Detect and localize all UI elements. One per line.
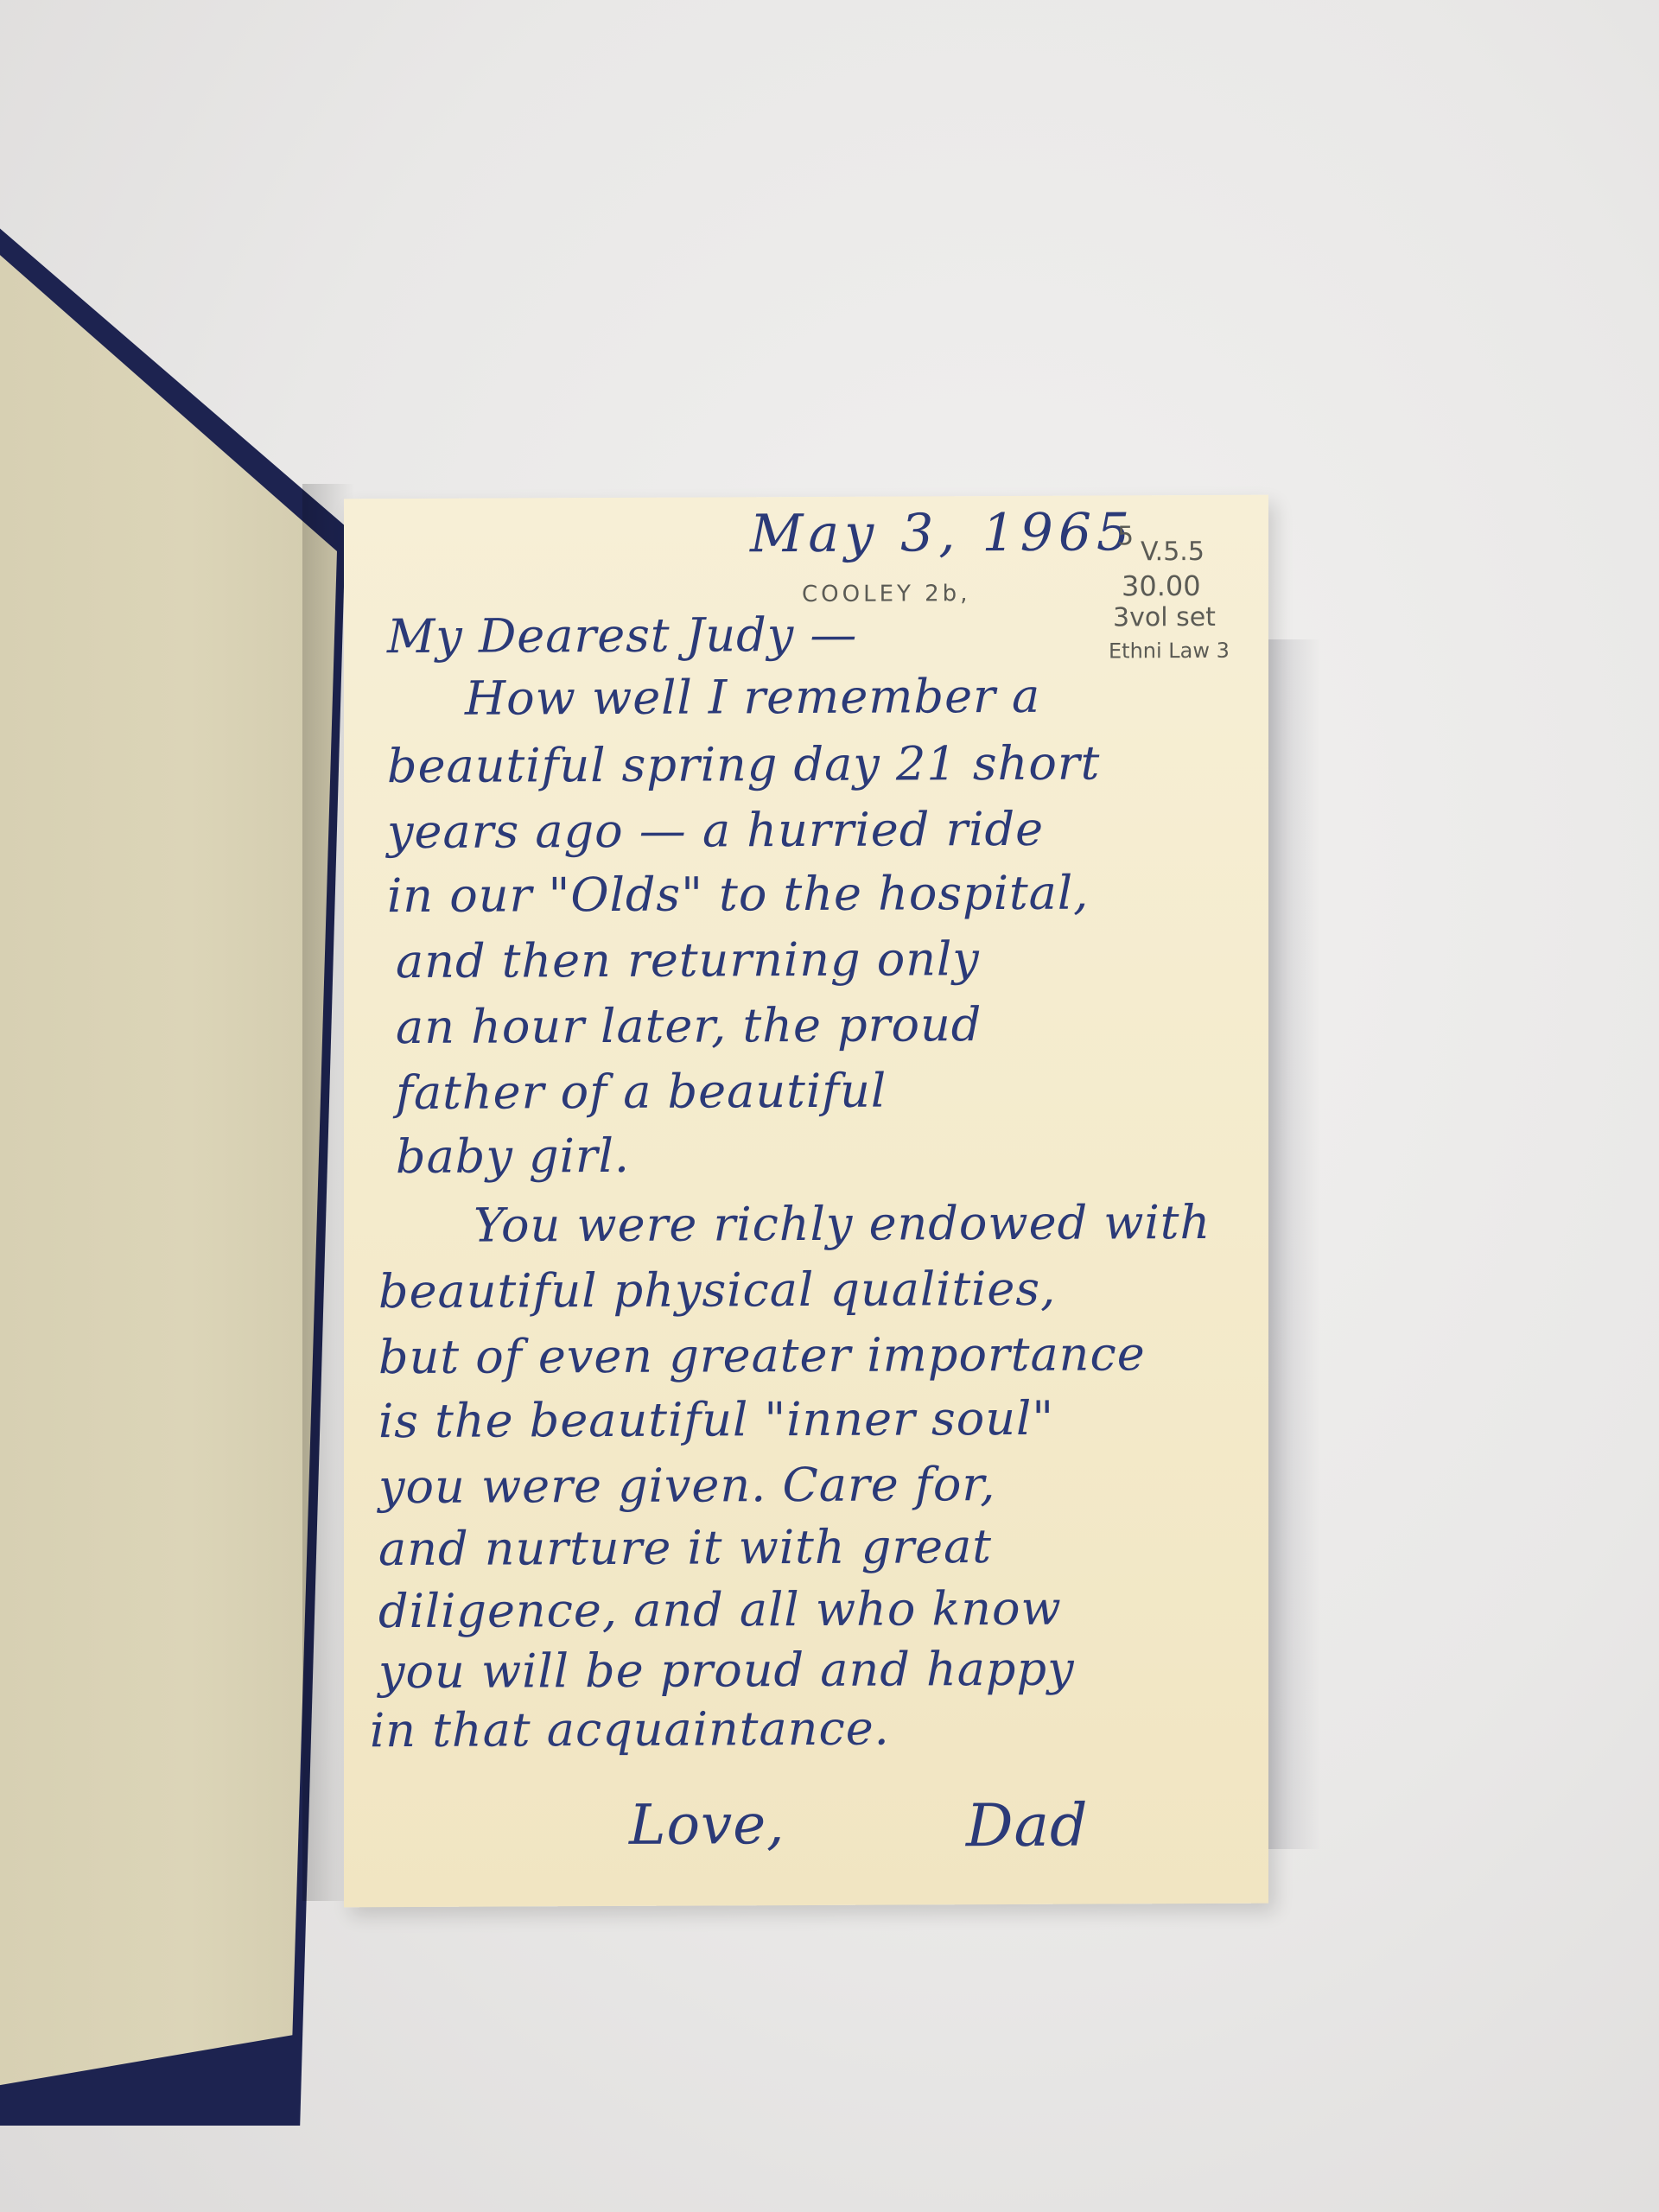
letter-line: and nurture it with great bbox=[378, 1519, 992, 1576]
letter-line: father of a beautiful bbox=[396, 1064, 887, 1120]
letter-line: you will be proud and happy bbox=[378, 1642, 1075, 1700]
letter-line: diligence, and all who know bbox=[378, 1581, 1062, 1638]
letter-line: an hour later, the proud bbox=[396, 997, 982, 1054]
inscribed-page: May 3, 1965 COOLEY 2b, 5 V.5.5 30.00 3vo… bbox=[344, 495, 1268, 1908]
letter-line: You were richly endowed with bbox=[474, 1195, 1211, 1253]
letter-line: is the beautiful "inner soul" bbox=[378, 1391, 1054, 1448]
pencil-note-margin-4: Ethni Law 3 bbox=[1109, 639, 1230, 664]
pencil-note-margin-1: V.5.5 bbox=[1141, 537, 1205, 567]
pencil-note-margin-2: 30.00 bbox=[1122, 569, 1201, 602]
letter-line: in our "Olds" to the hospital, bbox=[387, 866, 1089, 924]
letter-line: years ago — a hurried ride bbox=[387, 802, 1044, 859]
letter-salutation: My Dearest Judy — bbox=[387, 607, 857, 664]
letter-line: beautiful spring day 21 short bbox=[387, 736, 1100, 794]
pencil-note-cooley: COOLEY 2b, bbox=[802, 581, 970, 607]
letter-line: and then returning only bbox=[396, 931, 980, 988]
letter-signature: Dad bbox=[966, 1792, 1089, 1861]
letter-line: baby girl. bbox=[396, 1128, 630, 1184]
letter-closing: Love, bbox=[629, 1793, 785, 1858]
letter-line: How well I remember a bbox=[465, 669, 1040, 726]
letter-line: you were given. Care for, bbox=[378, 1457, 995, 1514]
letter-line: but of even greater importance bbox=[378, 1326, 1146, 1384]
letter-date: May 3, 1965 bbox=[750, 502, 1135, 564]
photo-scene: May 3, 1965 COOLEY 2b, 5 V.5.5 30.00 3vo… bbox=[0, 0, 1659, 2212]
page-shadow bbox=[1268, 639, 1320, 1849]
pencil-note-margin-0: 5 bbox=[1117, 521, 1134, 551]
letter-line: in that acquaintance. bbox=[370, 1701, 890, 1758]
letter-line: beautiful physical qualities, bbox=[378, 1262, 1056, 1319]
pencil-note-margin-3: 3vol set bbox=[1113, 602, 1216, 633]
